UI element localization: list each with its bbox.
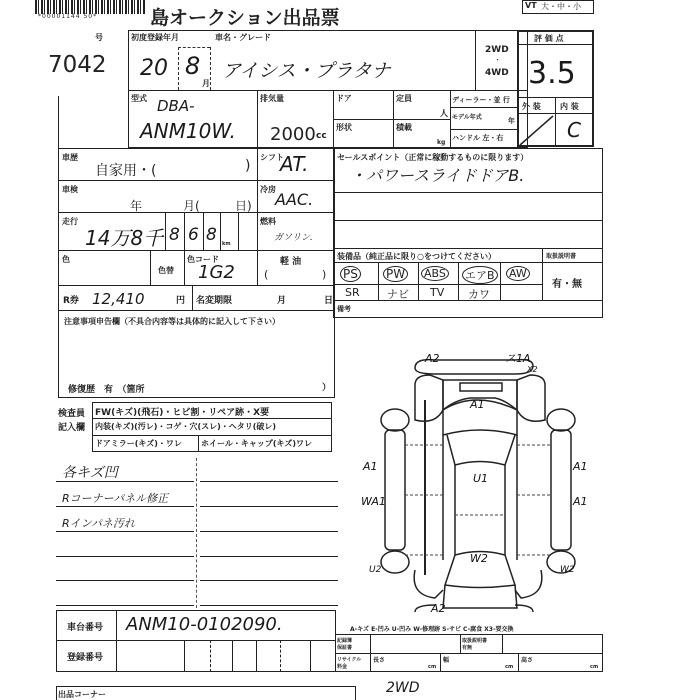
drive-4wd: 4WD: [485, 68, 509, 78]
color-label: 色: [62, 254, 70, 265]
car-name-value: アイシス・プラタナ: [222, 56, 391, 83]
sales-point-line1: ・パワースライドドアB.: [350, 163, 524, 186]
manual-value: 有・無: [552, 275, 582, 290]
handle-label: ハンドル 左・右: [452, 133, 503, 143]
recycle-value: 12,410: [92, 290, 145, 308]
car-damage-diagram: A2 ス1A X2 A1 A1 WA1 U1 A1 A1 W2 U2 W2 A2: [355, 350, 600, 615]
inspector-label: 検査員: [58, 406, 85, 419]
manual-label: 取扱説明書: [546, 251, 576, 260]
first-registration-label: 初度登録年月: [131, 32, 179, 43]
exterior-label: 外 装: [522, 101, 541, 112]
lot-number: 7042: [48, 52, 107, 78]
color-code-value: 1G2: [198, 262, 235, 283]
model-label: 型式: [131, 93, 147, 104]
size-box: VT 大・中・小: [522, 0, 594, 14]
lot-label: 号: [95, 32, 103, 43]
corner-note: 2WD: [386, 680, 420, 696]
recycle-label: R券: [63, 293, 79, 306]
recycle-fee-label: リサイクル 料金: [337, 656, 361, 670]
manual-2-label: 取扱説明書 有無: [462, 637, 487, 651]
drive-2wd: 2WD: [485, 45, 509, 55]
mark-roof: U1: [473, 472, 488, 485]
equipment-label: 装備品（純正品に限り○をつけてください）: [337, 251, 496, 262]
interior-label: 内 装: [560, 101, 579, 112]
model-line2: ANM10W.: [140, 119, 236, 143]
height-label: 高さ: [521, 655, 533, 664]
notes-label: 備考: [337, 304, 351, 314]
inspector-entry-label: 記入欄: [58, 420, 85, 433]
score-value: 3.5: [528, 56, 576, 91]
note-line-1: 各キズ凹: [62, 462, 118, 482]
registration-label: 登録番号: [67, 650, 103, 663]
color-change-label: 色替: [158, 265, 174, 276]
mark-top-left: A2: [424, 352, 440, 365]
mark-bottom-right: W2: [560, 565, 575, 575]
usage-value: 自家用・(: [95, 160, 156, 180]
equipment-airbag: エアB: [462, 266, 498, 284]
equipment-navi: ナビ: [387, 286, 409, 302]
inspector-row3a: ドアミラー(キズ)・ワレ: [95, 438, 182, 449]
inspector-row2: 内装(キズ)(汚レ)・コゲ・穴(スレ)・ヘタリ(破レ): [95, 421, 276, 432]
exterior-slash: [518, 114, 555, 147]
usage-label: 車歴: [62, 152, 78, 163]
ac-label: 冷房: [260, 184, 276, 195]
mileage-digit-3: 8: [206, 225, 217, 245]
barcode: [35, 0, 145, 14]
mileage-label: 走行: [62, 216, 78, 227]
shift-value: AT.: [280, 152, 308, 176]
corner-label: 出品コーナー: [58, 689, 106, 700]
equipment-abs: ABS: [421, 266, 449, 281]
mark-left-front: A1: [362, 460, 378, 473]
inspector-row1: FW(キズ)(飛石)・ヒビ割・リペア跡・X要: [95, 405, 269, 418]
fuel-value: ガソリン.: [274, 230, 313, 243]
mark-top-right: ス1A: [505, 352, 531, 365]
mark-right-front: A1: [572, 460, 588, 473]
ac-value: AAC.: [275, 190, 313, 209]
mark-hood: A1: [469, 398, 485, 411]
shape-label: 形状: [336, 122, 352, 133]
equipment-leather: カワ: [468, 286, 490, 302]
dealer-label: ディーラー・並 行: [452, 95, 510, 105]
car-name-label: 車名・グレード: [215, 32, 271, 43]
mileage-digit-1: 8: [169, 225, 180, 245]
page-title: 島オークション出品票: [150, 3, 340, 30]
equipment-sr: SR: [345, 286, 360, 299]
mark-right-rear: A1: [572, 495, 588, 508]
mileage-value: 14万8千: [85, 222, 163, 251]
model-line1: DBA-: [157, 97, 195, 115]
barcode-number: *00001144 50*: [38, 13, 97, 20]
width-label: 幅: [443, 655, 449, 664]
inspector-row3b: ホイール・キャップ(キズ)ワレ: [201, 438, 312, 449]
details-grid: [58, 148, 335, 398]
length-label: 長さ: [373, 655, 385, 664]
mileage-digit-2: 6: [188, 225, 199, 245]
equipment-pw: PW: [383, 266, 408, 282]
chassis-label: 車台番号: [67, 620, 103, 633]
mark-rear: W2: [470, 552, 488, 565]
note-line-3: Rインパネ汚れ: [62, 515, 135, 531]
mark-bottom-left: U2: [369, 565, 382, 575]
mark-top-right-2: X2: [526, 365, 538, 374]
damage-legend: A-キズ E-凹み U-凹み W-修理跡 S-サビ C-腐食 X3-要交換: [350, 624, 513, 633]
defects-label: 注意事項申告欄（不具合内容等は具体的に記入して下さい）: [64, 316, 280, 327]
repair-history: 修復歴 有 （箇所: [68, 382, 145, 395]
interior-value: C: [567, 118, 581, 142]
first-registration-year: 20: [140, 56, 168, 81]
note-line-2: Rコーナーパネル修正: [62, 490, 168, 506]
load-label: 積載: [396, 122, 412, 133]
fuel-label: 燃料: [260, 216, 276, 227]
mark-bottom: A2: [430, 602, 446, 615]
model-year-label: モデル年式: [452, 112, 482, 121]
equipment-ps: PS: [340, 266, 361, 282]
capacity-label: 定員: [396, 93, 412, 104]
door-label: ドア: [336, 93, 352, 104]
displacement-value: 2000: [270, 124, 316, 145]
fuel-diesel: 軽 油: [280, 254, 301, 267]
transfer-deadline-label: 名変期限: [196, 293, 232, 306]
displacement-label: 排気量: [260, 93, 284, 104]
records-label: 記録簿 保証書: [337, 637, 352, 651]
inspection-label: 車検: [62, 184, 78, 195]
score-label: 評 価 点: [534, 33, 564, 44]
equipment-aw: AW: [506, 266, 530, 281]
first-registration-month: 8: [185, 52, 200, 80]
sales-point-label: セールスポイント（正常に稼動するものに限ります）: [337, 152, 528, 163]
chassis-value: ANM10-0102090.: [126, 614, 283, 635]
equipment-tv: TV: [430, 286, 444, 299]
mark-left-rear: WA1: [361, 495, 386, 508]
